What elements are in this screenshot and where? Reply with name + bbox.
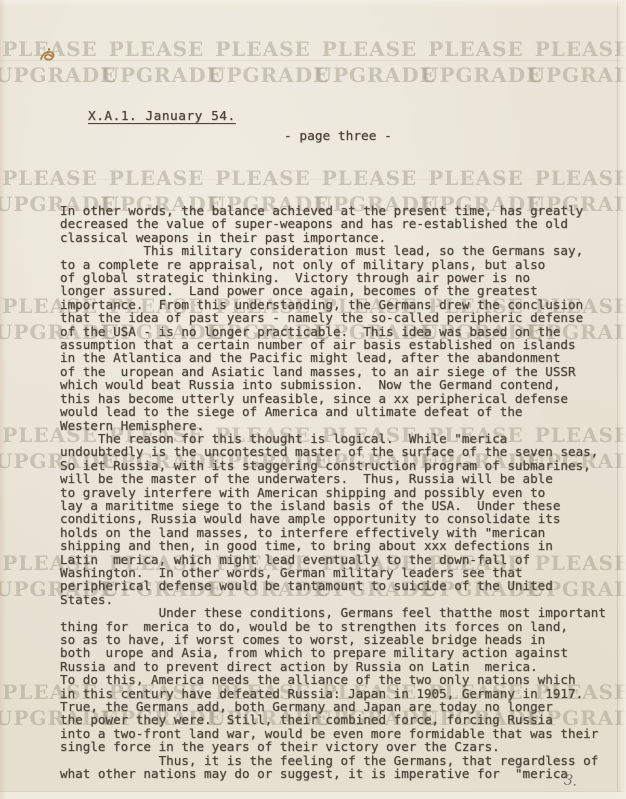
text-line: to gravely interfere with American shipp… <box>60 486 620 499</box>
watermark-text: PLEASEUPGRADE <box>315 36 425 88</box>
text-line: decreased the value of super-weapons and… <box>60 217 620 230</box>
ink-stain-mark <box>38 46 64 66</box>
text-line: the power they were. Still, their combin… <box>60 713 620 726</box>
text-line: So iet Russia, with its staggering const… <box>60 459 620 472</box>
text-line: that the idea of past years - namely the… <box>60 311 620 324</box>
page-number-label: - page three - <box>284 129 392 144</box>
scanned-document-page: PLEASEUPGRADEPLEASEUPGRADEPLEASEUPGRADEP… <box>0 0 626 799</box>
watermark-text: PLEASEUPGRADE <box>102 36 212 88</box>
text-line: of the uropean and Asiatic land masses, … <box>60 365 620 378</box>
text-line: importance. From this understanding, the… <box>60 298 620 311</box>
text-line: shipping and then, in good time, to brin… <box>60 539 620 552</box>
document-header: X.A.1. January 54. <box>88 109 236 124</box>
scan-edge-top <box>0 0 626 8</box>
handwritten-page-number: 3. <box>563 772 578 789</box>
text-line: of the USA - is no longer practicable. T… <box>60 325 620 338</box>
text-line: undoubtedly is the uncontested master of… <box>60 445 620 458</box>
watermark-text: PLEASEUPGRADE <box>528 36 626 88</box>
text-line: in the Atlantica and the Pacific might l… <box>60 351 620 364</box>
text-line: classical weapons in their past importan… <box>60 231 620 244</box>
text-line: this has become utterly unfeasible, sinc… <box>60 392 620 405</box>
scan-edge-left <box>0 0 6 799</box>
scan-edge-right <box>619 0 626 799</box>
text-line: assumption that a certain number of air … <box>60 338 620 351</box>
text-line: The reason for this thought is logical. … <box>60 432 620 445</box>
text-line: Washington. In other words, German milit… <box>60 566 620 579</box>
text-line: what other nations may do or suggest, it… <box>60 767 620 780</box>
text-line: Western Hemisphere. <box>60 419 620 432</box>
text-line: of global strategic thinking. Victory th… <box>60 271 620 284</box>
text-line: Russia and to prevent direct action by R… <box>60 660 620 673</box>
text-line: both urope and Asia, from which to prepa… <box>60 646 620 659</box>
text-line: States. <box>60 593 620 606</box>
paper-crease-horizontal <box>0 179 626 181</box>
text-line: holds on the land masses, to interfere e… <box>60 526 620 539</box>
text-line: into a two-front land war, would be even… <box>60 727 620 740</box>
text-line: longer assured. Land power once again, b… <box>60 284 620 297</box>
text-line: which would beat Russia into submission.… <box>60 378 620 391</box>
text-line: Thus, it is the feeling of the Germans, … <box>60 754 620 767</box>
text-line: Under these conditions, Germans feel tha… <box>60 606 620 619</box>
text-line: to a complete re appraisal, not only of … <box>60 258 620 271</box>
scan-edge-bottom <box>0 791 626 799</box>
text-line: To do this, America needs the alliance o… <box>60 673 620 686</box>
watermark-text: PLEASEUPGRADE <box>208 36 318 88</box>
text-line: In other words, the balance achieved at … <box>60 204 620 217</box>
text-line: thing for merica to do, would be to stre… <box>60 620 620 633</box>
text-line: will be the master of the underwaters. T… <box>60 472 620 485</box>
text-line: so as to have, if worst comes to worst, … <box>60 633 620 646</box>
text-line: single force in the years of their victo… <box>60 740 620 753</box>
text-line: peripherical defense would be tantamount… <box>60 579 620 592</box>
paper-crease-horizontal <box>0 60 626 62</box>
text-line: Latin merica, which might lead eventuall… <box>60 553 620 566</box>
watermark-text: PLEASEUPGRADE <box>421 36 531 88</box>
text-line: This military consideration must lead, s… <box>60 244 620 257</box>
text-line: would lead to the siege of America and u… <box>60 405 620 418</box>
text-line: in this century have defeated Russia: Ja… <box>60 687 620 700</box>
document-body: In other words, the balance achieved at … <box>60 204 620 780</box>
text-line: lay a marititme siege to the island basi… <box>60 499 620 512</box>
text-line: conditions, Russia would have ample oppo… <box>60 512 620 525</box>
text-line: True, the Germans add, both Germany and … <box>60 700 620 713</box>
